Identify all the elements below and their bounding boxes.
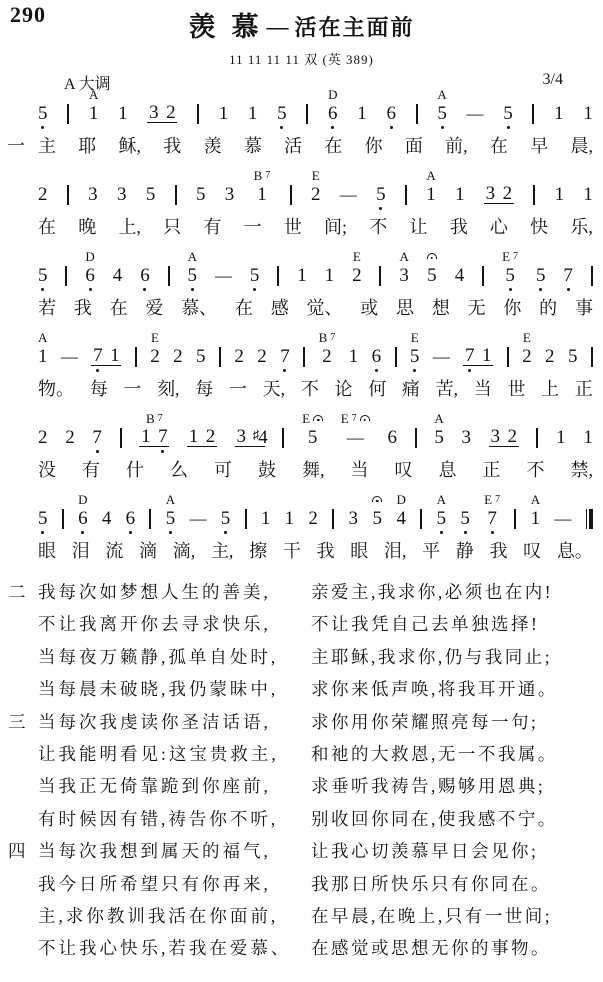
note-glyph: 7: [563, 264, 573, 286]
note-glyph: 5: [38, 507, 48, 529]
chord-label: B7: [319, 329, 336, 345]
note-glyph: 5: [221, 507, 231, 529]
note-glyph: 1: [554, 102, 564, 124]
note-glyph: [416, 102, 418, 124]
low-octave-dot: [96, 369, 99, 372]
dash-note: —: [61, 329, 78, 374]
verse-number: [8, 673, 38, 705]
note-glyph: 1: [583, 183, 593, 205]
notes-row: 5D646A5—511E2A354E7557: [38, 248, 593, 293]
note: 6: [387, 410, 397, 455]
key-signature: A 大调: [64, 71, 111, 94]
lyric-syllable: 在: [38, 215, 56, 239]
low-octave-dot: [491, 531, 494, 534]
note-glyph: 5: [536, 264, 546, 286]
lyric-syllable: 舞,: [302, 458, 325, 482]
note-glyph: 32: [489, 426, 519, 447]
fermata-icon: [372, 496, 382, 502]
barline: [332, 491, 334, 536]
note-glyph: [420, 507, 422, 529]
chord-label: A: [531, 491, 540, 507]
duration-dash: —: [61, 346, 78, 367]
barline-glyph: [197, 104, 199, 124]
barline-glyph: [332, 509, 334, 529]
lyric-syllable: 想: [432, 296, 450, 320]
lyric-syllable: 不: [527, 458, 545, 482]
note-glyph: [415, 426, 417, 448]
note: 1: [261, 491, 271, 536]
verse-text-columns: 二我每次如梦想人生的善美,亲爱主,我求你,必须也在内!不让我离开你去寻求快乐,不…: [8, 576, 599, 965]
verse-line-right: 求你用你荣耀照亮每一句;: [302, 706, 599, 738]
duration-dash: —: [340, 184, 357, 205]
octave-dot-row: [143, 286, 146, 293]
verse-line-left: 不让我离开你去寻求快乐,: [38, 608, 302, 640]
barline-glyph: [532, 104, 534, 124]
barline: [507, 329, 509, 374]
lyric-syllable: 么: [170, 458, 188, 482]
note-glyph: [175, 183, 177, 205]
verse-line-left: 我今日所希望只有你再来,: [38, 868, 302, 900]
octave-dot-slot: [464, 369, 475, 372]
note-glyph: [395, 345, 397, 367]
lyric-syllable: 耶: [78, 134, 96, 158]
note-glyph: 1: [556, 426, 566, 448]
note: 1: [455, 167, 465, 212]
note: A1: [426, 167, 436, 212]
note: D6: [78, 491, 88, 536]
lyric-syllable: 静: [456, 539, 474, 563]
lyric-syllable: 何: [368, 377, 386, 401]
lyric-syllable: 我: [74, 296, 92, 320]
note-glyph: 5: [38, 264, 48, 286]
note-glyph: [379, 264, 381, 286]
low-octave-dot: [375, 369, 378, 372]
note-glyph: —: [340, 183, 357, 205]
note-glyph: 71: [91, 345, 121, 366]
barline-glyph: [290, 185, 292, 205]
lyric-syllable: 我: [317, 539, 335, 563]
lyric-syllable: 我: [450, 215, 468, 239]
low-octave-dot: [507, 126, 510, 129]
lyric-syllable: 叹: [523, 539, 541, 563]
fermata-icon: [427, 253, 437, 259]
note: E2: [150, 329, 160, 374]
beamed-note: 1: [140, 426, 151, 447]
duration-dash: —: [467, 103, 484, 124]
lyric-syllable: 叹: [395, 458, 413, 482]
final-barline-glyph: [586, 509, 593, 529]
barline-glyph: [65, 266, 67, 286]
beamed-note: 3: [490, 426, 501, 447]
note-glyph: 6: [78, 507, 88, 529]
lyric-syllable: 每: [90, 377, 108, 401]
chord-label: E7: [341, 410, 370, 426]
octave-dot-row: [140, 448, 168, 455]
title-subtitle: 活在主面前: [294, 15, 414, 40]
note: 71: [463, 329, 493, 374]
lyric-syllable: 滴: [139, 539, 157, 563]
note: 6: [126, 491, 136, 536]
note-glyph: [67, 102, 69, 124]
note-glyph: 1: [325, 264, 335, 286]
lyric-syllable: 间;: [324, 215, 347, 239]
lyric-row: 在晚上,只有一世间;不让我心快乐,: [38, 215, 593, 239]
note: 5: [376, 167, 386, 212]
note: 5: [250, 248, 260, 293]
verse-line-right: 别收回你同在,使我感不宁。: [302, 803, 599, 835]
barline-glyph: [416, 104, 418, 124]
beamed-note: 7: [464, 345, 475, 366]
lyric-syllable: 物。: [38, 377, 74, 401]
note-glyph: 1: [349, 345, 359, 367]
octave-dot-row: [413, 367, 416, 374]
barline: [591, 248, 593, 293]
verse-number: [8, 641, 38, 673]
octave-dot-row: [148, 124, 176, 131]
note: 6: [140, 248, 150, 293]
octave-dot-row: [92, 367, 120, 374]
dash-note: —: [554, 491, 571, 536]
low-octave-dot: [224, 531, 227, 534]
barline: [245, 491, 247, 536]
octave-dot-row: [375, 367, 378, 374]
note: A5: [437, 491, 447, 536]
note-glyph: 2: [311, 183, 321, 205]
note-glyph: [591, 345, 593, 367]
note: 5: [38, 248, 48, 293]
note-glyph: 7: [92, 426, 102, 448]
note: 32: [484, 167, 514, 212]
note: E2: [522, 329, 532, 374]
low-octave-dot: [81, 531, 84, 534]
note-glyph: [120, 426, 122, 448]
lyric-syllable: 世: [284, 215, 302, 239]
barline-glyph: [282, 428, 284, 448]
note-glyph: 5: [434, 426, 444, 448]
thin-bar: [586, 509, 588, 529]
verse-number: [8, 738, 38, 770]
note: 7: [563, 248, 573, 293]
notes-row: 233553B71E2—5A113211: [38, 167, 593, 212]
note: 3: [348, 491, 358, 536]
music-system: 5D646A5—511235D4A55E77A1—眼泪流滴滴,主,擦干我眼泪,平…: [38, 491, 593, 563]
verse-line-right: 不让我凭自己去单独选择!: [302, 608, 599, 640]
barline-glyph: [415, 428, 417, 448]
verse-number: [8, 608, 38, 640]
beamed-note: 3: [236, 426, 247, 447]
note-glyph: 1: [531, 507, 541, 529]
note: 3: [225, 167, 235, 212]
beamed-note: ♯4: [253, 424, 264, 448]
barline: [591, 329, 593, 374]
note: 4: [455, 248, 465, 293]
note-glyph: 2: [308, 507, 318, 529]
note-glyph: 4: [102, 507, 112, 529]
barline-glyph: [533, 185, 535, 205]
verse-number: [8, 868, 38, 900]
beamed-note: 1: [109, 345, 120, 366]
music-system: 233553B71E2—5A113211在晚上,只有一世间;不让我心快乐,: [38, 167, 593, 239]
barline: [65, 248, 67, 293]
note-glyph: 5: [568, 345, 578, 367]
barline-glyph: [219, 347, 221, 367]
octave-dot-row: [280, 124, 283, 131]
note-glyph: [168, 264, 170, 286]
barline: [135, 329, 137, 374]
octave-dot-slot: [92, 369, 103, 372]
note-glyph: 3: [225, 183, 235, 205]
verse-number: [8, 770, 38, 802]
barline-glyph: [395, 347, 397, 367]
barline-glyph: [514, 509, 516, 529]
lyric-syllable: 快: [530, 215, 548, 239]
octave-dot-row: [440, 529, 443, 536]
barline-glyph: [67, 104, 69, 124]
note-glyph: 1: [297, 264, 307, 286]
note: 12: [187, 410, 217, 455]
chord-label: E7: [502, 248, 518, 264]
dash-note: —: [189, 491, 206, 536]
music-system: 227B717123♯4E5E7—6A533211没有什么可鼓舞,当叹息正不禁,: [38, 410, 593, 482]
lyric-syllable: 你: [503, 296, 521, 320]
barline: [533, 167, 535, 212]
lyric-syllable: 慕: [244, 134, 262, 158]
note-glyph: 2: [545, 345, 555, 367]
time-signature: 3/4: [543, 71, 563, 94]
note: 3♯4: [235, 410, 265, 455]
chord-label: E: [302, 410, 323, 426]
barline-glyph: [62, 509, 64, 529]
note: E5: [302, 410, 323, 455]
chord-label: A: [166, 491, 175, 507]
fermata-icon: [360, 415, 370, 421]
lyric-syllable: 心: [490, 215, 508, 239]
note-glyph: [507, 345, 509, 367]
octave-dot-row: [41, 286, 44, 293]
note: B717: [139, 410, 169, 455]
chord-label: A: [38, 329, 47, 345]
verse-line-right: 在感觉或思想无你的事物。: [302, 932, 599, 964]
barline: [303, 329, 305, 374]
note-glyph: 5: [196, 183, 206, 205]
barline-glyph: [591, 266, 593, 286]
note: D4: [397, 491, 407, 536]
note-glyph: 2: [173, 345, 183, 367]
note-glyph: 5: [250, 264, 260, 286]
lyric-syllable: 流: [105, 539, 123, 563]
note-glyph: [533, 183, 535, 205]
low-octave-dot: [509, 288, 512, 291]
octave-dot-row: [224, 529, 227, 536]
low-octave-dot: [129, 531, 132, 534]
verse-line-left: 不让我心快乐,若我在爱慕、: [38, 932, 302, 964]
note: D6: [85, 248, 95, 293]
octave-dot-row: [41, 529, 44, 536]
note: E5: [410, 329, 420, 374]
lyric-syllable: 我: [163, 134, 181, 158]
note: 2: [308, 491, 318, 536]
note-glyph: 1: [426, 183, 436, 205]
note: 2: [38, 167, 48, 212]
low-octave-dot: [89, 288, 92, 291]
dash-note: —: [215, 248, 232, 293]
verse-line-right: 在早晨,在晚上,只有一世间;: [302, 900, 599, 932]
note: 6: [372, 329, 382, 374]
barline-glyph: [149, 509, 151, 529]
lyric-syllable: 苦,: [436, 377, 459, 401]
octave-dot-row: [390, 124, 393, 131]
low-octave-dot: [283, 369, 286, 372]
note: 5: [372, 491, 382, 536]
note-glyph: 5: [376, 183, 386, 205]
lyric-syllable: 天,: [263, 377, 286, 401]
verse-line-left: 当我正无倚靠跪到你座前,: [38, 770, 302, 802]
lyric-syllable: 禁,: [571, 458, 594, 482]
lyric-syllable: 事: [575, 296, 593, 320]
lyric-syllable: 滴,: [173, 539, 196, 563]
note: 2: [65, 410, 75, 455]
music-system: 5A1132115D616A5—511一主耶稣,我羡慕活在你面前,在早晨,: [38, 86, 593, 158]
lyric-syllable: 主,: [211, 539, 234, 563]
chord-label: A: [426, 167, 435, 183]
lyric-syllable: 没: [38, 458, 56, 482]
low-octave-dot: [161, 450, 164, 453]
beamed-note: 2: [165, 102, 176, 123]
barline: [277, 248, 279, 293]
verse-line-left: 当每夜万籁静,孤单自处时,: [38, 641, 302, 673]
note: 1: [325, 248, 335, 293]
lyric-syllable: 晚: [78, 215, 96, 239]
duration-dash: —: [433, 346, 450, 367]
barline-glyph: [507, 347, 509, 367]
low-octave-dot: [253, 288, 256, 291]
lyric-syllable: 平: [422, 539, 440, 563]
note: 4: [113, 248, 123, 293]
note-glyph: 1: [455, 183, 465, 205]
lyric-syllable: 鼓: [258, 458, 276, 482]
low-octave-dot: [96, 450, 99, 453]
note-glyph: 1: [38, 345, 48, 367]
note-glyph: 2: [234, 345, 244, 367]
note: E75: [502, 248, 518, 293]
note: E2: [311, 167, 321, 212]
octave-dot-row: [331, 124, 334, 131]
dash-note: E7—: [341, 410, 370, 455]
beamed-note: 2: [205, 426, 216, 447]
chord-label: A: [434, 410, 443, 426]
lyric-row: 物。每一刻,每一天,不论何痛苦,当世上正: [38, 377, 593, 401]
note-glyph: 71: [463, 345, 493, 366]
lyric-syllable: 爱: [145, 296, 163, 320]
beamed-note: 7: [157, 426, 168, 447]
note-glyph: 2: [38, 426, 48, 448]
octave-dot-row: [379, 205, 382, 212]
barline-glyph: [245, 509, 247, 529]
hymn-title: 羡慕— 活在主面前: [0, 2, 603, 44]
note-glyph: 1: [257, 183, 267, 205]
barline: [62, 491, 64, 536]
music-notation: 5A1132115D616A5—511一主耶稣,我羡慕活在你面前,在早晨,233…: [0, 86, 603, 563]
low-octave-dot: [390, 126, 393, 129]
beamed-note: 7: [92, 345, 103, 366]
chord-label: [372, 491, 382, 507]
lyric-syllable: 泪: [72, 539, 90, 563]
note-glyph: 6: [387, 426, 397, 448]
note-glyph: 5: [460, 507, 470, 529]
note-glyph: 5: [308, 426, 318, 448]
note-glyph: 1: [285, 507, 295, 529]
chord-label: E: [523, 329, 531, 345]
verse-number: 三: [8, 706, 38, 738]
low-octave-dot: [169, 531, 172, 534]
lyric-syllable: 正: [575, 377, 593, 401]
chord-label: B7: [254, 167, 271, 183]
note-glyph: 1: [583, 102, 593, 124]
octave-dot-row: [491, 529, 494, 536]
beamed-note: 3: [485, 183, 496, 204]
barline: [420, 491, 422, 536]
note-glyph: 5: [277, 102, 287, 124]
beamed-note: 2: [507, 426, 518, 447]
note: A5: [188, 248, 198, 293]
note-glyph: [332, 507, 334, 529]
lyric-syllable: 我: [489, 539, 507, 563]
note: A5: [166, 491, 176, 536]
octave-dot-row: [464, 529, 467, 536]
verse-line-right: 让我心切羡慕早日会见你;: [302, 835, 599, 867]
octave-dot-row: [490, 448, 518, 455]
low-octave-dot: [41, 126, 44, 129]
barline: [395, 329, 397, 374]
low-octave-dot: [191, 288, 194, 291]
lyric-syllable: 一: [123, 377, 141, 401]
notes-row: A1—71E225227B7216E5—71E225: [38, 329, 593, 374]
verse-line-right: 亲爱主,我求你,必须也在内!: [302, 576, 599, 608]
lyric-syllable: 上,: [118, 215, 141, 239]
note-glyph: —: [347, 426, 364, 448]
octave-dot-row: [169, 529, 172, 536]
note: 1: [349, 329, 359, 374]
note-glyph: 5: [146, 183, 156, 205]
note-glyph: 6: [372, 345, 382, 367]
note: B71: [254, 167, 271, 212]
barline-glyph: [67, 185, 69, 205]
note: 5: [196, 167, 206, 212]
octave-dot-row: [507, 124, 510, 131]
octave-dot-row: [129, 529, 132, 536]
note-glyph: [405, 183, 407, 205]
barline: [168, 248, 170, 293]
lyric-syllable: 让: [409, 215, 427, 239]
lyric-syllable: 或: [360, 296, 378, 320]
note-glyph: 1: [261, 507, 271, 529]
octave-dot-row: [253, 286, 256, 293]
note-glyph: [219, 345, 221, 367]
note: 5: [146, 167, 156, 212]
barline-glyph: [277, 266, 279, 286]
lyric-syllable: 慕、: [181, 296, 217, 320]
title-dash: —: [266, 14, 288, 39]
note-glyph: 2: [522, 345, 532, 367]
note-glyph: 5: [427, 264, 437, 286]
note-glyph: 2: [352, 264, 362, 286]
low-octave-dot: [379, 207, 382, 210]
note-glyph: 2: [257, 345, 267, 367]
note-glyph: [197, 102, 199, 124]
barline-glyph: [405, 185, 407, 205]
verse-line-right: 我那日所快乐只有你同在。: [302, 868, 599, 900]
barline: [282, 410, 284, 455]
